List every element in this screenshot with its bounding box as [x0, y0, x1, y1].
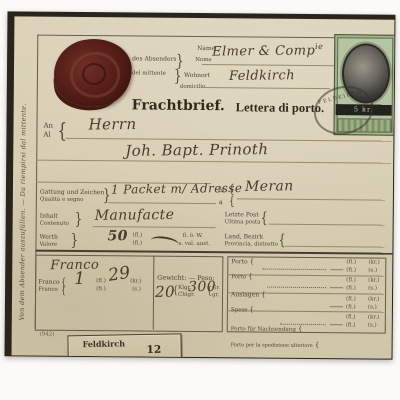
charge-unit: (kr.): [368, 259, 379, 265]
charge-unit: (s.): [368, 322, 377, 328]
section-divider: [35, 250, 392, 255]
charge-unit: (fl.): [346, 296, 356, 302]
charge-unit: (kr.): [368, 277, 379, 283]
value-currency-it: s. val. aust.: [178, 241, 210, 247]
franco-label-de: Franco: [38, 279, 60, 286]
charge-unit: (fl.): [346, 277, 356, 283]
franco-brace-it: {: [61, 284, 66, 296]
last-post-line: [269, 224, 385, 226]
content-brace: }: [75, 209, 83, 228]
franco-minor-handwriting: 29: [107, 263, 132, 286]
content-label-it: Contenuto: [40, 221, 69, 228]
kind-label-it: Qualità e segno: [40, 197, 84, 204]
last-post-label-it: Ultima posta: [225, 219, 261, 226]
routing-number: 12: [147, 344, 162, 356]
sender-line-2: [202, 87, 330, 89]
value-flourish: [150, 235, 179, 250]
title-german: Frachtbrief.: [132, 97, 225, 114]
district-label-de: Land, Bezirk: [225, 233, 264, 240]
charge-unit: (kr.): [368, 314, 379, 320]
destination-place-handwriting: Meran: [245, 178, 294, 195]
destination-line: [237, 198, 385, 200]
franco-label-it: Franco: [38, 287, 58, 294]
value-label-it: Valore: [39, 242, 57, 249]
sender-name-label-it: Nome: [195, 57, 212, 64]
sender-name-handwriting: Elmer & Compie: [212, 42, 323, 60]
value-handwriting: 50: [107, 228, 127, 244]
addressee-title-handwriting: Herrn: [88, 115, 136, 134]
addressee-brace: {: [57, 119, 67, 143]
franco-unit-minor-it: (s.): [132, 286, 141, 292]
charge-unit: (fl.): [346, 259, 356, 265]
franco-unit-minor-de: (kr.): [130, 278, 141, 284]
side-note: Von dem Absender auszufüllen. — Da riemp…: [18, 44, 28, 320]
charge-unit: (fi.): [346, 304, 356, 310]
charge-dash: [330, 269, 343, 270]
waybill-document: Von dem Absender auszufüllen. — Da riemp…: [12, 16, 395, 358]
kind-handwriting: 1 Packet m/ Adresse: [111, 181, 242, 197]
addressee-label-it: Al: [43, 132, 50, 139]
wax-seal-icon: [51, 35, 135, 110]
sender-name-suffix: ie: [315, 42, 323, 51]
content-handwriting: Manufacte: [95, 207, 175, 224]
charge-unit: (fi.): [346, 267, 356, 273]
franco-major-handwriting: 1: [74, 269, 85, 289]
weight-gram-unit-it: gr.: [212, 292, 219, 298]
sender-residence-label-de: Wohnort: [184, 72, 210, 79]
sender-of-label-de: des Absenders: [132, 55, 176, 62]
franco-unit-major-it: (fi.): [96, 286, 106, 292]
franco-unit-major-de: (fl.): [96, 278, 106, 284]
last-post-brace: {: [261, 209, 268, 227]
postmark-mark: ∙ ∙: [316, 102, 372, 122]
addressee-label-de: An: [43, 123, 53, 130]
value-brace: }: [70, 230, 78, 249]
charge-dash: [330, 324, 343, 325]
charge-dash: [330, 287, 343, 288]
weight-gram-unit-de: Gr.: [212, 285, 220, 291]
routing-place: Feldkirch: [82, 338, 125, 349]
kind-line: [108, 202, 216, 204]
charge-unit: (kr.): [368, 296, 379, 302]
value-label-de: Werth: [40, 234, 58, 241]
addressee-name-handwriting: Joh. Bapt. Prinoth: [125, 140, 268, 160]
content-label-de: Inhalt: [40, 213, 58, 220]
photo-backdrop: Von dem Absender auszufüllen. — Da riemp…: [5, 11, 396, 359]
district-label-it: Provincia, distretto: [224, 241, 278, 248]
charge-unit: (fi.): [346, 285, 356, 291]
sender-name-text: Elmer & Comp: [212, 43, 315, 59]
title-italian: Lettera di porto.: [236, 100, 325, 116]
district-line: [284, 246, 384, 248]
last-post-label-de: Letzte Post: [225, 211, 259, 218]
charge-unit: (s.): [368, 267, 377, 273]
charge-dash: [330, 306, 343, 307]
value-unit-de: (fl.): [133, 232, 143, 238]
sender-of-label-it: del mittente: [132, 70, 166, 77]
weight-kilo-handwriting: 20: [155, 283, 175, 301]
print-mark: (942): [40, 332, 55, 339]
kind-label-de: Gattung und Zeichen: [40, 189, 104, 197]
charge-unit: (fi.): [346, 322, 356, 328]
charge-unit: (s.): [368, 285, 377, 291]
destination-brace-it: {: [229, 196, 235, 210]
charge-unit: (s.): [368, 304, 377, 310]
destination-in-label-it: a: [219, 199, 223, 206]
sender-place-handwriting: Feldkirch: [229, 68, 295, 84]
routing-label: Feldkirch 12: [67, 333, 181, 358]
charge-unit: (fl.): [346, 314, 356, 320]
addressee-line-2: [36, 160, 391, 164]
charge-row-label-it: Porto per la spedizione ulteriore: [231, 341, 395, 352]
value-unit-it: (fi.): [132, 240, 142, 246]
sender-brace-2: }: [174, 66, 182, 85]
value-currency-de: fl. ö. W.: [183, 233, 203, 239]
